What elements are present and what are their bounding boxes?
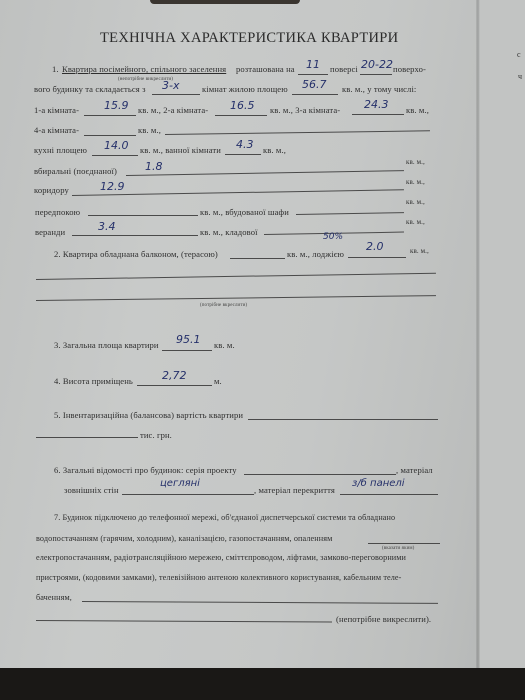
rooms-value[interactable]: 3-х (162, 79, 179, 92)
storage-label: кв. м., кладової (200, 227, 258, 237)
toilet-label: вбиральні (поєднаної) (34, 166, 117, 176)
document-title: ТЕХНІЧНА ХАРАКТЕРИСТИКА КВАРТИРИ (100, 30, 398, 47)
veranda-value[interactable]: 3.4 (98, 220, 116, 233)
room1-label: 1-а кімната- (34, 105, 79, 115)
floor-value[interactable]: 11 (306, 58, 320, 71)
item1-line2-mid: кімнат жилою площею (202, 84, 288, 94)
veranda-label: веранди (35, 227, 65, 237)
side-mark: с (517, 50, 521, 59)
loggia-value[interactable]: 2.0 (366, 240, 384, 253)
room4-unit: кв. м., (138, 125, 161, 135)
loggia-note: 50% (323, 232, 343, 242)
walls-value[interactable]: цегляні (160, 478, 200, 489)
wardrobe-unit: кв. м., (406, 198, 425, 206)
living-area-value[interactable]: 56.7 (302, 78, 327, 91)
item7-line1: 7. Будинок підключено до телефонної мере… (54, 513, 395, 522)
item5-label: 5. Інвентаризаційна (балансова) вартість… (54, 410, 243, 420)
room3-label: кв. м., 3-а кімната- (270, 105, 340, 115)
item5-unit: тис. грн. (140, 430, 172, 440)
item6-material-label: , матеріал (396, 465, 433, 475)
storeys-value[interactable]: 20-22 (361, 58, 393, 71)
walls-label: зовнішніх стін (64, 485, 119, 495)
item7-line3: електропостачанням, радіотрансляційною м… (36, 553, 406, 562)
kitchen-value[interactable]: 14.0 (104, 139, 129, 152)
bathroom-label: кв. м., ванної кімнати (140, 145, 221, 155)
item1-line2-prefix: вого будинку та складається з (34, 84, 146, 94)
kitchen-label: кухні площею (34, 145, 87, 155)
corridor-value[interactable]: 12.9 (100, 180, 125, 193)
bathroom-unit: кв. м., (263, 145, 286, 155)
storage-unit: кв. м., (406, 218, 425, 226)
room2-label: кв. м., 2-а кімната- (138, 105, 208, 115)
storeys-suffix: поверхо- (393, 64, 426, 74)
floors-label: , матеріал перекриття (254, 485, 335, 495)
document-page: с ч ТЕХНІЧНА ХАРАКТЕРИСТИКА КВАРТИРИ 1. … (0, 0, 525, 668)
corridor-label: коридору (34, 185, 69, 195)
toilet-value[interactable]: 1.8 (145, 160, 163, 173)
item7-line5: баченням, (36, 593, 72, 602)
item4-unit: м. (214, 376, 222, 386)
room1-value[interactable]: 15.9 (104, 99, 129, 112)
room3-unit: кв. м., (406, 105, 429, 115)
item3-label: 3. Загальна площа квартири (54, 340, 159, 350)
loggia-unit: кв. м., (410, 247, 429, 255)
item7-note: (вказати яким) (382, 546, 414, 551)
item3-unit: кв. м. (214, 340, 235, 350)
object-edge (150, 0, 300, 4)
item1-prefix: 1. (52, 64, 59, 74)
side-mark: ч (518, 72, 522, 81)
item2-note: (потрібне вкреслити) (200, 303, 247, 308)
floor-suffix: поверсі (330, 64, 358, 74)
item7-line2: водопостачанням (гарячим, холодним), кан… (36, 534, 332, 543)
item7-footer: (непотрібне викреслити). (336, 614, 431, 624)
item7-line4: пристроями, (кодовими замками), телевізі… (36, 573, 402, 582)
item1-label-rest: розташована на (236, 64, 295, 74)
corridor-unit: кв. м., (406, 178, 425, 186)
total-area-value[interactable]: 95.1 (176, 333, 201, 346)
room2-value[interactable]: 16.5 (230, 99, 255, 112)
height-value[interactable]: 2,72 (162, 369, 187, 382)
item2-mid: кв. м., лоджією (287, 249, 344, 259)
item1-line2-suffix: кв. м., у тому числі: (342, 84, 416, 94)
wardrobe-label: кв. м., вбудованої шафи (200, 207, 289, 217)
room4-label: 4-а кімната- (34, 125, 79, 135)
hallway-label: передпокою (35, 207, 80, 217)
room3-value[interactable]: 24.3 (364, 98, 389, 111)
item6-label: 6. Загальні відомості про будинок: серія… (54, 465, 237, 475)
item4-label: 4. Висота приміщень (54, 376, 133, 386)
floors-value[interactable]: з/б панелі (352, 478, 405, 489)
bathroom-value[interactable]: 4.3 (236, 138, 254, 151)
toilet-unit: кв. м., (406, 158, 425, 166)
item2-label: 2. Квартира обладнана балконом, (терасою… (54, 249, 218, 259)
next-page-edge (480, 0, 525, 668)
item1-label: Квартира посімейного, спільного заселенн… (62, 64, 226, 74)
